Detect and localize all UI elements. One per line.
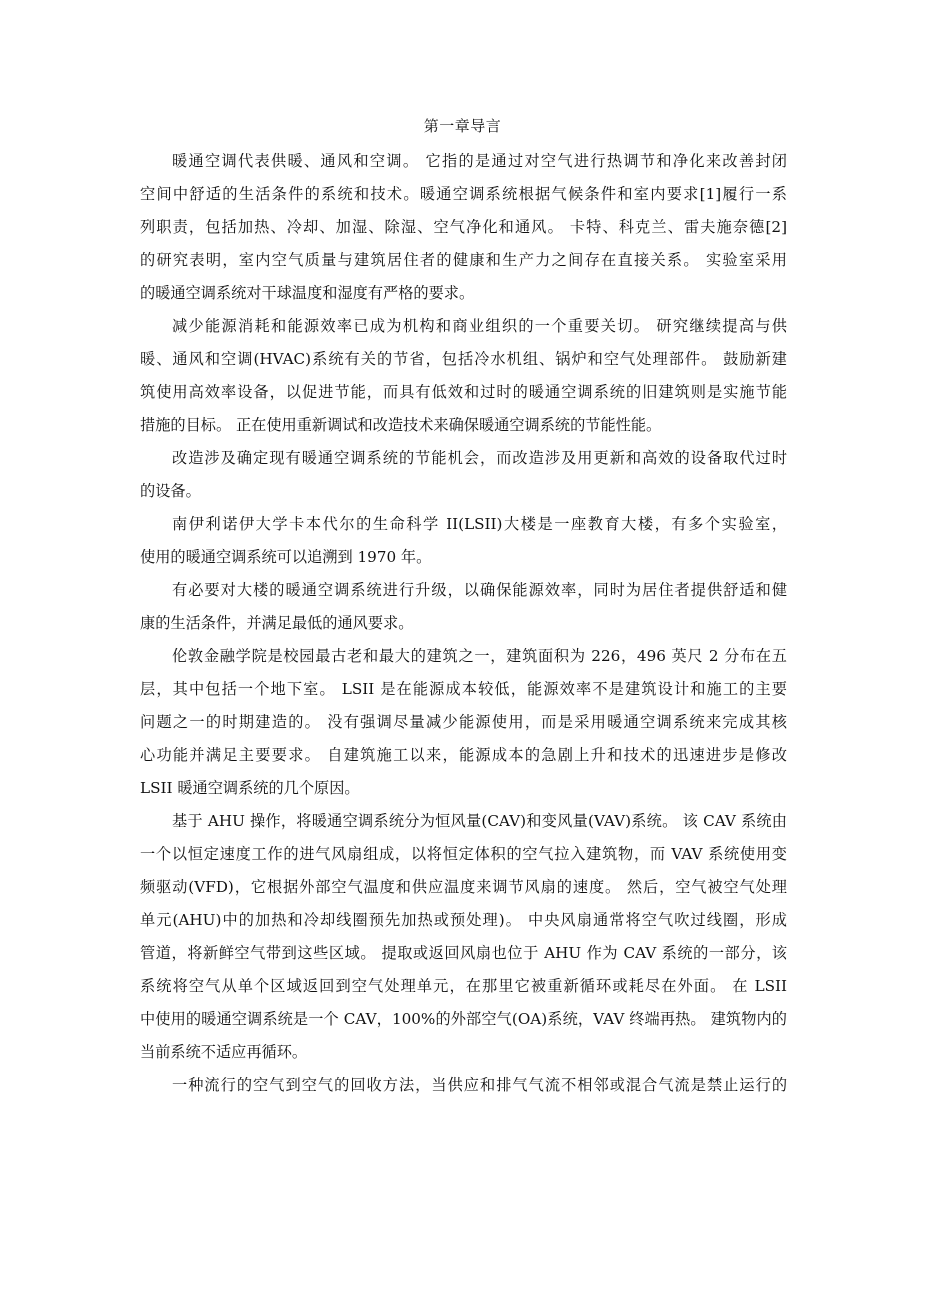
- paragraph-retrofit: 改造涉及确定现有暖通空调系统的节能机会，而改造涉及用更新和高效的设备取代过时 的…: [140, 442, 787, 508]
- text-line: 筑使用高效率设备，以促进节能，而具有低效和过时的暖通空调系统的旧建筑则是实施节能: [140, 376, 787, 409]
- text-line: 基于 AHU 操作，将暖通空调系统分为恒风量(CAV)和变风量(VAV)系统。 …: [140, 805, 787, 838]
- text-line: 当前系统不适应再循环。: [140, 1036, 787, 1069]
- text-line: 空间中舒适的生活条件的系统和技术。暖通空调系统根据气候条件和室内要求[1]履行一…: [140, 178, 787, 211]
- text-line: 列职责，包括加热、冷却、加湿、除湿、空气净化和通风。 卡特、科克兰、雷夫施奈德[…: [140, 211, 787, 244]
- text-line: 减少能源消耗和能源效率已成为机构和商业组织的一个重要关切。 研究继续提高与供: [140, 310, 787, 343]
- text-line: 康的生活条件，并满足最低的通风要求。: [140, 607, 787, 640]
- text-line: 使用的暖通空调系统可以追溯到 1970 年。: [140, 541, 787, 574]
- text-line: 的设备。: [140, 475, 787, 508]
- text-line: LSII 暖通空调系统的几个原因。: [140, 772, 787, 805]
- text-line: 频驱动(VFD)，它根据外部空气温度和供应温度来调节风扇的速度。 然后，空气被空…: [140, 871, 787, 904]
- text-line: 暖通空调代表供暖、通风和空调。 它指的是通过对空气进行热调节和净化来改善封闭: [140, 145, 787, 178]
- paragraph-lsii-building: 南伊利诺伊大学卡本代尔的生命科学 II(LSII)大楼是一座教育大楼，有多个实验…: [140, 508, 787, 574]
- text-line: 中使用的暖通空调系统是一个 CAV，100%的外部空气(OA)系统，VAV 终端…: [140, 1003, 787, 1036]
- text-line: 措施的目标。 正在使用重新调试和改造技术来确保暖通空调系统的节能性能。: [140, 409, 787, 442]
- document-body: 暖通空调代表供暖、通风和空调。 它指的是通过对空气进行热调节和净化来改善封闭 空…: [140, 145, 787, 1102]
- text-line: 的暖通空调系统对干球温度和湿度有严格的要求。: [140, 277, 787, 310]
- paragraph-upgrade-need: 有必要对大楼的暖通空调系统进行升级，以确保能源效率，同时为居住者提供舒适和健 康…: [140, 574, 787, 640]
- text-line: 伦敦金融学院是校园最古老和最大的建筑之一，建筑面积为 226，496 英尺 2 …: [140, 640, 787, 673]
- paragraph-building-history: 伦敦金融学院是校园最古老和最大的建筑之一，建筑面积为 226，496 英尺 2 …: [140, 640, 787, 805]
- text-line: 单元(AHU)中的加热和冷却线圈预先加热或预处理)。 中央风扇通常将空气吹过线圈…: [140, 904, 787, 937]
- paragraph-hvac-definition: 暖通空调代表供暖、通风和空调。 它指的是通过对空气进行热调节和净化来改善封闭 空…: [140, 145, 787, 310]
- text-line: 心功能并满足主要要求。 自建筑施工以来，能源成本的急剧上升和技术的迅速进步是修改: [140, 739, 787, 772]
- chapter-title: 第一章导言: [0, 116, 925, 136]
- paragraph-energy-efficiency: 减少能源消耗和能源效率已成为机构和商业组织的一个重要关切。 研究继续提高与供 暖…: [140, 310, 787, 442]
- document-page: 第一章导言 暖通空调代表供暖、通风和空调。 它指的是通过对空气进行热调节和净化来…: [0, 0, 925, 1309]
- paragraph-cav-vav-systems: 基于 AHU 操作，将暖通空调系统分为恒风量(CAV)和变风量(VAV)系统。 …: [140, 805, 787, 1069]
- text-line: 的研究表明，室内空气质量与建筑居住者的健康和生产力之间存在直接关系。 实验室采用: [140, 244, 787, 277]
- text-line: 有必要对大楼的暖通空调系统进行升级，以确保能源效率，同时为居住者提供舒适和健: [140, 574, 787, 607]
- text-line: 一种流行的空气到空气的回收方法，当供应和排气气流不相邻或混合气流是禁止运行的: [140, 1069, 787, 1102]
- paragraph-air-recovery: 一种流行的空气到空气的回收方法，当供应和排气气流不相邻或混合气流是禁止运行的: [140, 1069, 787, 1102]
- text-line: 层，其中包括一个地下室。 LSII 是在能源成本较低，能源效率不是建筑设计和施工…: [140, 673, 787, 706]
- text-line: 暖、通风和空调(HVAC)系统有关的节省，包括冷水机组、锅炉和空气处理部件。 鼓…: [140, 343, 787, 376]
- text-line: 系统将空气从单个区域返回到空气处理单元，在那里它被重新循环或耗尽在外面。 在 L…: [140, 970, 787, 1003]
- text-line: 南伊利诺伊大学卡本代尔的生命科学 II(LSII)大楼是一座教育大楼，有多个实验…: [140, 508, 787, 541]
- text-line: 管道，将新鲜空气带到这些区域。 提取或返回风扇也位于 AHU 作为 CAV 系统…: [140, 937, 787, 970]
- text-line: 问题之一的时期建造的。 没有强调尽量减少能源使用，而是采用暖通空调系统来完成其核: [140, 706, 787, 739]
- text-line: 一个以恒定速度工作的进气风扇组成，以将恒定体积的空气拉入建筑物，而 VAV 系统…: [140, 838, 787, 871]
- text-line: 改造涉及确定现有暖通空调系统的节能机会，而改造涉及用更新和高效的设备取代过时: [140, 442, 787, 475]
